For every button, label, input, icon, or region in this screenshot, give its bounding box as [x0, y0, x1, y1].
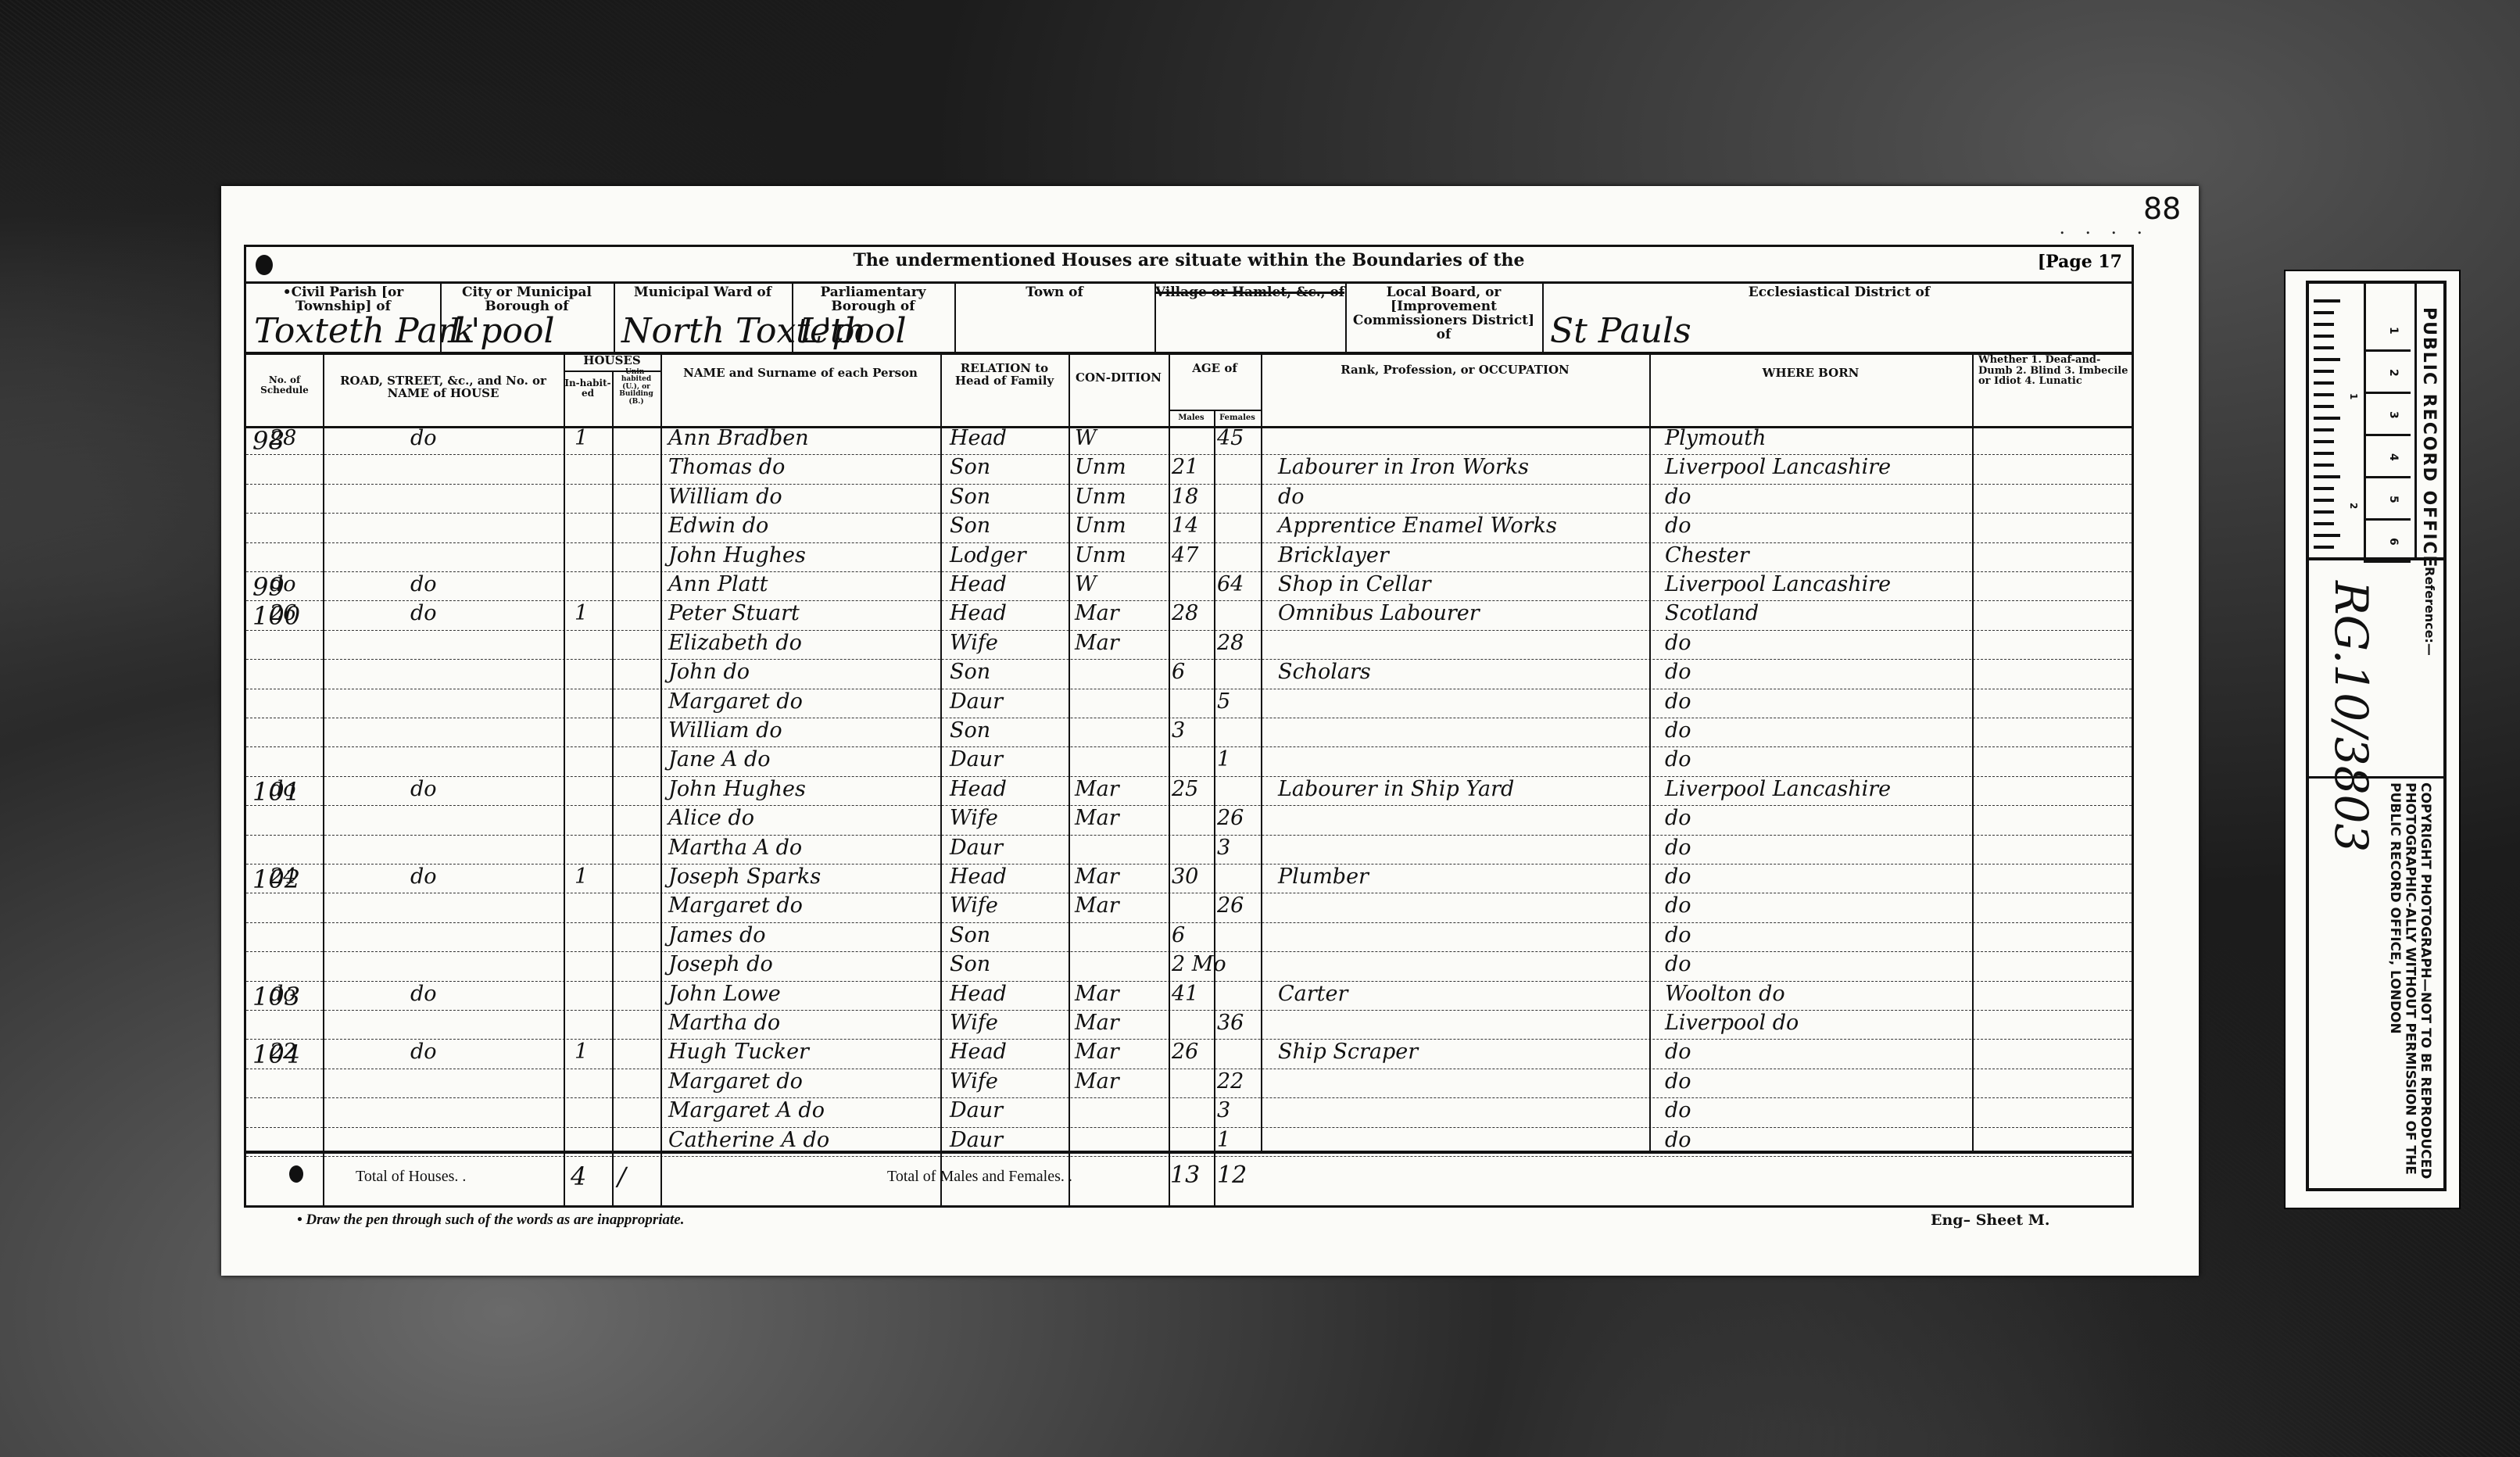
person-name: John Hughes [668, 543, 806, 567]
male-age: 30 [1172, 865, 1198, 889]
male-age: 6 [1172, 660, 1185, 684]
occupation: Labourer in Ship Yard [1278, 777, 1514, 801]
census-row: John doSon6Scholarsdo [246, 660, 2132, 689]
census-form: The undermentioned Houses are situate wi… [244, 245, 2134, 1208]
person-name: William do [668, 718, 782, 743]
census-row: Martha doWifeMar36Liverpool do [246, 1011, 2132, 1040]
female-age: 3 [1217, 836, 1230, 860]
condition: Mar [1075, 601, 1119, 625]
page-dots: . . . . [2060, 216, 2150, 239]
ruler-number: 4 [2387, 453, 2400, 461]
female-age: 45 [1217, 426, 1244, 450]
person-name: Catherine A do [668, 1128, 829, 1152]
divider [2309, 776, 2443, 779]
relation: Head [950, 865, 1007, 889]
where-born: Liverpool do [1665, 1011, 1799, 1035]
relation: Wife [950, 806, 998, 830]
condition: Unm [1075, 543, 1126, 567]
ruler-title: PUBLIC RECORD OFFICE [2419, 307, 2439, 569]
column-divider [323, 352, 324, 1208]
census-row: Margaret doDaur5do [246, 689, 2132, 718]
condition: W [1075, 572, 1097, 596]
occupation: Plumber [1278, 865, 1369, 889]
census-row: James doSon6do [246, 923, 2132, 952]
relation: Son [950, 923, 990, 947]
col-header-where-born: WHERE BORN [1649, 367, 1972, 380]
road-name: do [410, 1040, 437, 1064]
occupation: Apprentice Enamel Works [1278, 514, 1557, 538]
where-born: do [1665, 1069, 1691, 1094]
relation: Daur [950, 836, 1003, 860]
where-born: Plymouth [1665, 426, 1767, 450]
person-name: Alice do [668, 806, 754, 830]
divider [2364, 349, 2411, 352]
col-header-age: AGE of [1169, 363, 1261, 375]
where-born: do [1665, 631, 1691, 655]
condition: Unm [1075, 514, 1126, 538]
location-value: St Pauls [1550, 311, 1691, 351]
relation: Wife [950, 631, 998, 655]
occupation: Shop in Cellar [1278, 572, 1431, 596]
relation: Son [950, 514, 990, 538]
person-name: Joseph do [668, 952, 773, 976]
census-row: 99dodoAnn PlattHeadW64Shop in CellarLive… [246, 572, 2132, 601]
relation: Wife [950, 1011, 998, 1035]
total-houses-uninhabited: / [617, 1162, 626, 1191]
ruler-tick [2314, 487, 2334, 490]
location-label: Municipal Ward of [614, 286, 792, 300]
person-name: Ann Platt [668, 572, 768, 596]
male-age: 6 [1172, 923, 1185, 947]
divider [2414, 284, 2417, 557]
where-born: do [1665, 485, 1691, 509]
where-born: Scotland [1665, 601, 1759, 625]
condition: Mar [1075, 806, 1119, 830]
census-row: Edwin doSonUnm14Apprentice Enamel Worksd… [246, 514, 2132, 542]
where-born: do [1665, 836, 1691, 860]
female-age: 28 [1217, 631, 1244, 655]
total-houses-label: Total of Houses. . [356, 1168, 466, 1186]
male-age: 3 [1172, 718, 1185, 743]
person-name: Jane A do [668, 747, 771, 771]
ruler-tick [2314, 499, 2334, 502]
ruler-inch-mark: 2 [2348, 503, 2359, 509]
census-row: William doSonUnm18dodo [246, 485, 2132, 514]
condition: Mar [1075, 1040, 1119, 1064]
form-banner: The undermentioned Houses are situate wi… [246, 252, 2132, 270]
column-divider [1649, 352, 1651, 1151]
relation: Son [950, 485, 990, 509]
relation: Son [950, 660, 990, 684]
relation: Head [950, 572, 1007, 596]
condition: Mar [1075, 1069, 1119, 1094]
road-name: do [410, 982, 437, 1006]
col-header-schedule: No. of Schedule [246, 375, 323, 395]
column-divider [1972, 352, 1974, 1151]
divider [246, 352, 2132, 355]
divider [2364, 284, 2366, 557]
inhabited: 1 [575, 601, 588, 625]
female-age: 3 [1217, 1098, 1230, 1122]
occupation: Ship Scraper [1278, 1040, 1418, 1064]
location-label: City or Municipal Borough of [440, 286, 614, 314]
female-age: 26 [1217, 806, 1244, 830]
person-name: William do [668, 485, 782, 509]
occupation: do [1278, 485, 1305, 509]
total-houses-inhabited: 4 [571, 1162, 586, 1191]
ruler-tick [2314, 346, 2334, 349]
person-name: Edwin do [668, 514, 768, 538]
relation: Daur [950, 1098, 1003, 1122]
male-age: 2 Mo [1172, 952, 1226, 976]
column-divider [1214, 410, 1215, 1208]
divider [246, 281, 2132, 284]
census-row: 10422do1Hugh TuckerHeadMar26Ship Scraper… [246, 1040, 2132, 1069]
relation: Son [950, 718, 990, 743]
where-born: do [1665, 806, 1691, 830]
relation: Wife [950, 1069, 998, 1094]
ruler-tick [2314, 475, 2340, 478]
census-row: Margaret doWifeMar26do [246, 893, 2132, 922]
census-row: 101dodoJohn HughesHeadMar25Labourer in S… [246, 777, 2132, 806]
ruler-number: 6 [2387, 538, 2400, 546]
inhabited: 1 [575, 865, 588, 889]
person-name: Peter Stuart [668, 601, 800, 625]
relation: Head [950, 601, 1007, 625]
female-age: 22 [1217, 1069, 1244, 1094]
col-header-occupation: Rank, Profession, or OCCUPATION [1261, 364, 1649, 377]
occupation: Bricklayer [1278, 543, 1389, 567]
divider [2364, 476, 2411, 478]
ruler-tick [2314, 311, 2334, 314]
ruler-tick [2314, 370, 2334, 373]
ruler-tick [2314, 417, 2340, 420]
relation: Son [950, 952, 990, 976]
where-born: do [1665, 1040, 1691, 1064]
inhabited: 1 [575, 426, 588, 450]
female-age: 64 [1217, 572, 1244, 596]
ruler-tick [2314, 405, 2334, 408]
male-age: 14 [1172, 514, 1198, 538]
census-row: 9828do1Ann BradbenHeadW45Plymouth [246, 426, 2132, 455]
condition: Mar [1075, 777, 1119, 801]
location-label: Parliamentary Borough of [792, 286, 954, 314]
location-label: Village or Hamlet, &c., of [1154, 286, 1345, 300]
where-born: Liverpool Lancashire [1665, 455, 1891, 479]
where-born: do [1665, 865, 1691, 889]
person-name: Martha A do [668, 836, 802, 860]
person-name: Joseph Sparks [668, 865, 821, 889]
condition: Mar [1075, 865, 1119, 889]
female-age: 1 [1217, 747, 1230, 771]
road-number: do [270, 982, 296, 1006]
divider [246, 1151, 2132, 1154]
person-name: Margaret do [668, 893, 803, 918]
col-header-relation: RELATION to Head of Family [945, 363, 1064, 388]
road-name: do [410, 426, 437, 450]
census-row: 10026do1Peter StuartHeadMar28Omnibus Lab… [246, 601, 2132, 630]
column-divider [660, 352, 662, 1208]
person-name: Elizabeth do [668, 631, 802, 655]
person-name: John do [668, 660, 750, 684]
where-born: do [1665, 718, 1691, 743]
census-row: Margaret A doDaur3do [246, 1098, 2132, 1127]
person-name: John Hughes [668, 777, 806, 801]
road-name: do [410, 865, 437, 889]
divider [2309, 557, 2443, 560]
occupation: Scholars [1278, 660, 1371, 684]
road-number: 22 [270, 1040, 296, 1064]
person-name: James do [668, 923, 765, 947]
total-females: 12 [1217, 1162, 1247, 1189]
person-name: Margaret do [668, 689, 803, 714]
ruler-tick [2314, 452, 2334, 455]
ruler-tick [2314, 464, 2334, 467]
ruler-tick [2314, 381, 2334, 385]
where-born: do [1665, 893, 1691, 918]
location-value: Toxteth Park [254, 311, 475, 351]
person-name: John Lowe [668, 982, 781, 1006]
census-row: Martha A doDaur3do [246, 836, 2132, 865]
copyright-notice: COPYRIGHT PHOTOGRAPH—NOT TO BE REPRODUCE… [2315, 782, 2432, 1181]
sheet-label: Eng– Sheet M. [1931, 1212, 2049, 1229]
ruler-tick [2314, 534, 2340, 537]
location-value: L'pool [448, 311, 555, 351]
female-age: 26 [1217, 893, 1244, 918]
where-born: do [1665, 689, 1691, 714]
where-born: Woolton do [1665, 982, 1785, 1006]
census-row: Margaret doWifeMar22do [246, 1069, 2132, 1098]
road-number: 28 [270, 426, 296, 450]
ruler-tick [2314, 393, 2334, 396]
relation: Head [950, 777, 1007, 801]
census-row: John HughesLodgerUnm47BricklayerChester [246, 543, 2132, 572]
road-name: do [410, 777, 437, 801]
male-age: 47 [1172, 543, 1198, 567]
where-born: do [1665, 923, 1691, 947]
male-age: 28 [1172, 601, 1198, 625]
ruler-number: 5 [2387, 496, 2400, 503]
male-age: 26 [1172, 1040, 1198, 1064]
census-row: Elizabeth doWifeMar28do [246, 631, 2132, 660]
occupation: Omnibus Labourer [1278, 601, 1480, 625]
relation: Head [950, 1040, 1007, 1064]
ruler-tick [2314, 358, 2340, 361]
column-divider [612, 371, 614, 1208]
ruler-number: 1 [2387, 327, 2400, 335]
location-label: •Civil Parish [or Township] of [246, 286, 440, 314]
census-row: 103dodoJohn LoweHeadMar41CarterWoolton d… [246, 982, 2132, 1011]
census-row: William doSon3do [246, 718, 2132, 747]
where-born: do [1665, 1128, 1691, 1152]
punch-hole-icon [289, 1165, 303, 1183]
inhabited: 1 [575, 1040, 588, 1064]
condition: Mar [1075, 631, 1119, 655]
page-label: [Page 17 [2038, 252, 2122, 272]
where-born: do [1665, 747, 1691, 771]
ruler-tick [2314, 510, 2334, 514]
road-name: do [410, 601, 437, 625]
condition: Mar [1075, 1011, 1119, 1035]
relation: Lodger [950, 543, 1026, 567]
condition: Unm [1075, 455, 1126, 479]
census-row: Thomas doSonUnm21Labourer in Iron WorksL… [246, 455, 2132, 484]
census-row: Alice doWifeMar26do [246, 806, 2132, 835]
road-number: 26 [270, 601, 296, 625]
divider [2364, 434, 2411, 436]
where-born: do [1665, 514, 1691, 538]
ruler-tick [2314, 428, 2334, 431]
where-born: Liverpool Lancashire [1665, 777, 1891, 801]
col-header-condition: CON-DITION [1073, 372, 1164, 385]
column-divider [940, 352, 942, 1208]
footnote: • Draw the pen through such of the words… [297, 1212, 684, 1229]
relation: Wife [950, 893, 998, 918]
ruler-tick [2314, 299, 2340, 302]
col-header-males: Males [1169, 414, 1214, 423]
relation: Head [950, 982, 1007, 1006]
column-divider [564, 352, 565, 1208]
where-born: do [1665, 660, 1691, 684]
col-header-name: NAME and Surname of each Person [676, 367, 925, 380]
where-born: do [1665, 952, 1691, 976]
condition: Mar [1075, 893, 1119, 918]
condition: W [1075, 426, 1097, 450]
relation: Daur [950, 689, 1003, 714]
relation: Daur [950, 1128, 1003, 1152]
column-divider [1068, 352, 1070, 1208]
location-label: Town of [954, 286, 1154, 300]
where-born: do [1665, 1098, 1691, 1122]
female-age: 36 [1217, 1011, 1244, 1035]
column-divider [1261, 352, 1262, 1151]
relation: Son [950, 455, 990, 479]
occupation: Labourer in Iron Works [1278, 455, 1529, 479]
census-row: 10224do1Joseph SparksHeadMar30Plumberdo [246, 865, 2132, 893]
col-header-uninhabited: Unin-habited (U.), or Building (B.) [612, 369, 660, 406]
location-value: L'pool [800, 311, 907, 351]
person-name: Hugh Tucker [668, 1040, 809, 1064]
male-age: 25 [1172, 777, 1198, 801]
female-age: 5 [1217, 689, 1230, 714]
col-header-females: Females [1214, 414, 1261, 423]
total-males: 13 [1170, 1162, 1200, 1189]
row-rule [246, 1156, 2132, 1157]
total-persons-label: Total of Males and Females. . [887, 1168, 1072, 1186]
ruler-inch-mark: 1 [2348, 393, 2359, 399]
ruler-tick [2314, 323, 2334, 326]
ruler-tick [2314, 546, 2334, 549]
public-record-office-ruler: PUBLIC RECORD OFFICE 12345612 Reference:… [2284, 270, 2461, 1209]
col-header-road: ROAD, STREET, &c., and No. or NAME of HO… [331, 375, 556, 400]
location-label: Ecclesiastical District of [1542, 286, 2136, 300]
where-born: Chester [1665, 543, 1749, 567]
divider [2364, 392, 2411, 394]
ruler-number: 3 [2387, 411, 2400, 419]
person-name: Martha do [668, 1011, 780, 1035]
road-number: 24 [270, 865, 296, 889]
male-age: 18 [1172, 485, 1198, 509]
person-name: Margaret A do [668, 1098, 825, 1122]
road-number: do [270, 572, 296, 596]
female-age: 1 [1217, 1128, 1230, 1152]
ruler-tick [2314, 522, 2334, 525]
census-row: Jane A doDaur1do [246, 747, 2132, 776]
relation: Daur [950, 747, 1003, 771]
col-header-infirmity: Whether 1. Deaf-and-Dumb 2. Blind 3. Imb… [1978, 355, 2133, 387]
column-divider [1169, 352, 1170, 1208]
where-born: Liverpool Lancashire [1665, 572, 1891, 596]
col-header-inhabited: In-habit-ed [564, 378, 612, 398]
census-row: Joseph doSon2 Modo [246, 952, 2132, 981]
reference-label: Reference:— [2422, 567, 2437, 656]
condition: Mar [1075, 982, 1119, 1006]
folio-number: 88 [2143, 192, 2181, 226]
condition: Unm [1075, 485, 1126, 509]
road-number: do [270, 777, 296, 801]
ruler-number: 2 [2387, 369, 2400, 377]
person-name: Margaret do [668, 1069, 803, 1094]
location-label: Local Board, or [Improvement Commissione… [1345, 286, 1542, 342]
ruler-tick [2314, 440, 2334, 443]
ruler-tick [2314, 335, 2334, 338]
divider [2364, 560, 2411, 563]
person-name: Thomas do [668, 455, 785, 479]
road-name: do [410, 572, 437, 596]
person-name: Ann Bradben [668, 426, 809, 450]
male-age: 41 [1172, 982, 1198, 1006]
occupation: Carter [1278, 982, 1348, 1006]
male-age: 21 [1172, 455, 1198, 479]
ruler-frame: PUBLIC RECORD OFFICE 12345612 Reference:… [2306, 281, 2447, 1191]
divider [2364, 518, 2411, 521]
col-header-houses: HOUSES [564, 355, 660, 367]
relation: Head [950, 426, 1007, 450]
